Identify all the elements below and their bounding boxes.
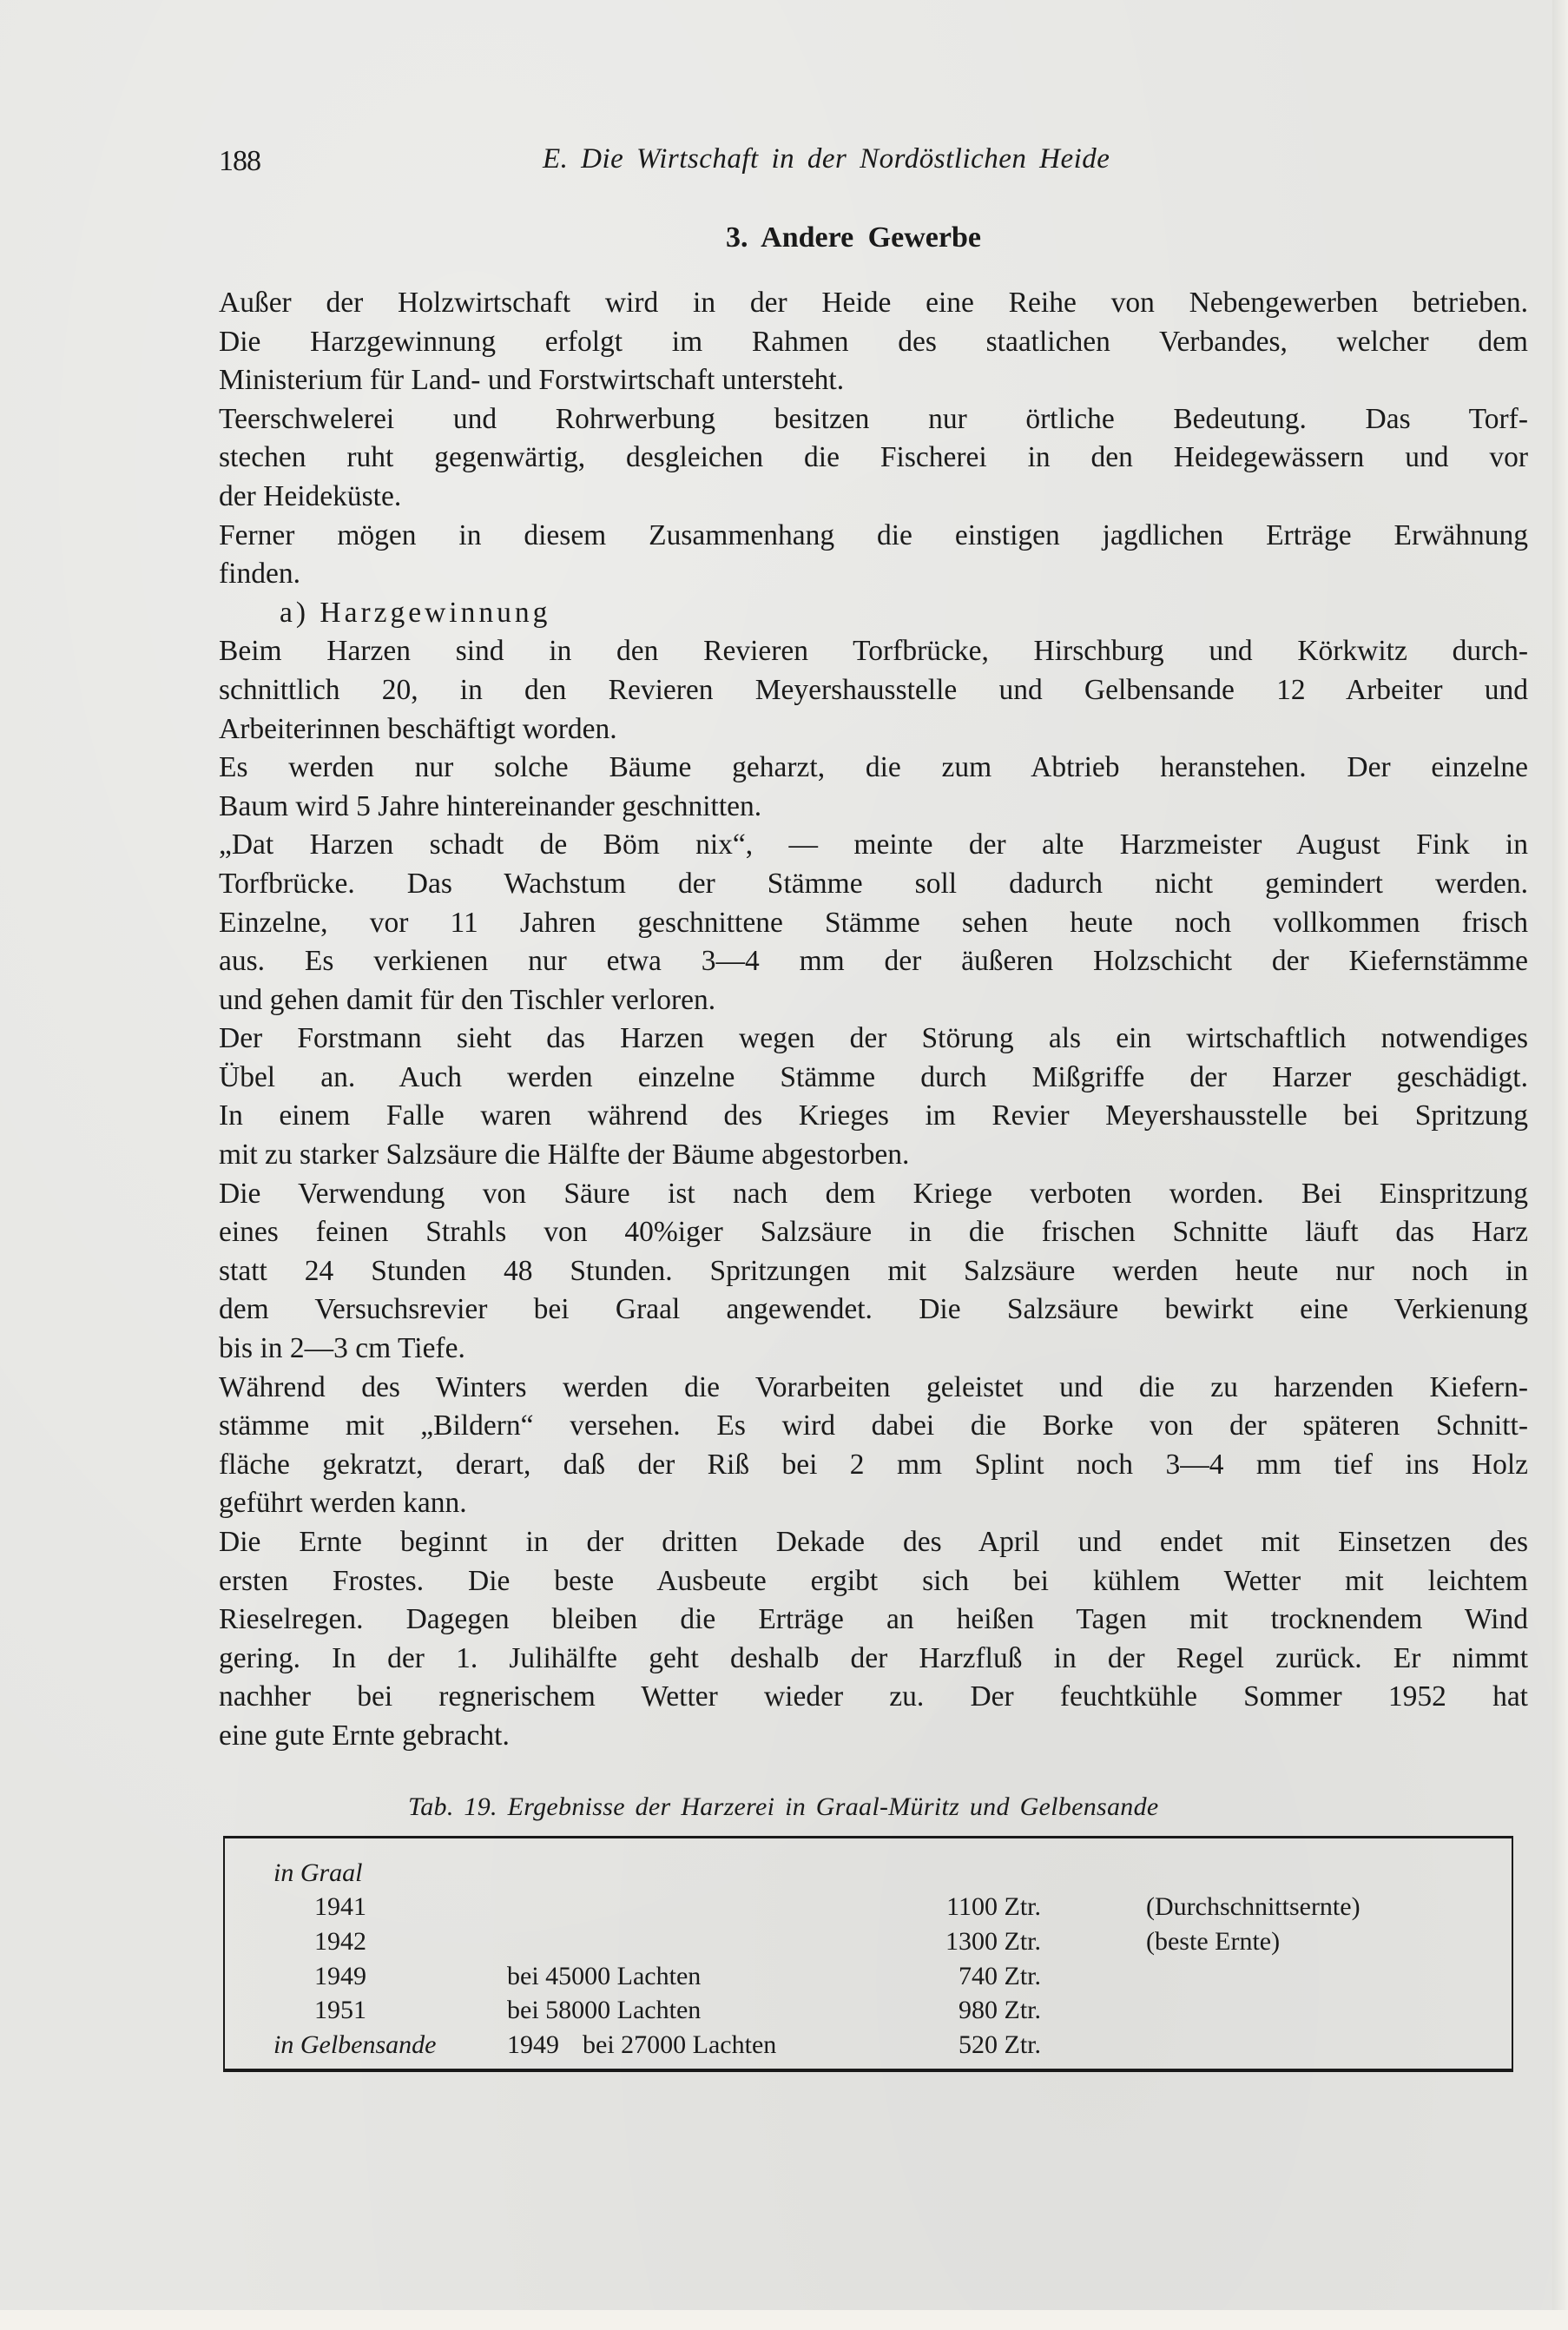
text-line: Es werden nur solche Bäume geharzt, die … [219, 749, 1528, 788]
text-line: fläche gekratzt, derart, daß der Riß bei… [219, 1446, 1528, 1485]
page-edge [0, 2310, 1568, 2330]
subsection-title: a) Harzgewinnung [219, 594, 1528, 633]
table-row: in Gelbensande 1949 bei 27000 Lachten 52… [225, 2028, 1512, 2063]
text-line: Einzelne, vor 11 Jahren geschnittene Stä… [219, 904, 1528, 943]
text-line: finden. [219, 555, 1528, 594]
text-line: der Heideküste. [219, 478, 1528, 517]
text-line: mit zu starker Salzsäure die Hälfte der … [219, 1136, 1528, 1175]
body-text: Außer der Holzwirtschaft wird in der Hei… [219, 284, 1528, 1756]
table-row: 1951 bei 58000 Lachten 980 Ztr. [225, 1993, 1512, 2028]
place-label: in Gelbensande [273, 2028, 436, 2063]
text-line: Beim Harzen sind in den Revieren Torfbrü… [219, 632, 1528, 671]
results-table: in Graal 1941 1100 Ztr. (Durchschnittser… [223, 1836, 1513, 2072]
text-line: Arbeiterinnen beschäftigt worden. [219, 710, 1528, 749]
text-line: dem Versuchsrevier bei Graal angewendet.… [219, 1290, 1528, 1330]
text-line: „Dat Harzen schadt de Böm nix“, — meinte… [219, 826, 1528, 865]
lachten-cell: bei 27000 Lachten [583, 2028, 776, 2063]
text-line: Baum wird 5 Jahre hintereinander geschni… [219, 788, 1528, 827]
note-cell: (Durchschnittsernte) [1146, 1890, 1360, 1924]
lachten-cell: bei 45000 Lachten [507, 1959, 701, 1994]
text-line: Übel an. Auch werden einzelne Stämme dur… [219, 1059, 1528, 1098]
text-line: Teerschwelerei und Rohrwerbung besitzen … [219, 400, 1528, 439]
year-cell: 1949 [507, 2028, 559, 2063]
year-cell: 1941 [314, 1890, 366, 1924]
table-row: 1949 bei 45000 Lachten 740 Ztr. [225, 1959, 1512, 1994]
page-edge [1552, 0, 1568, 2330]
text-line: geführt werden kann. [219, 1484, 1528, 1523]
running-header: E. Die Wirtschaft in der Nordöstlichen H… [543, 142, 1110, 176]
section-title: 3. Andere Gewerbe [0, 221, 1568, 255]
text-line: gering. In der 1. Julihälfte geht deshal… [219, 1640, 1528, 1679]
text-line: schnittlich 20, in den Revieren Meyersha… [219, 671, 1528, 710]
text-line: Die Ernte beginnt in der dritten Dekade … [219, 1523, 1528, 1562]
text-line: nachher bei regnerischem Wetter wieder z… [219, 1678, 1528, 1717]
year-cell: 1942 [314, 1924, 366, 1959]
text-line: Torfbrücke. Das Wachstum der Stämme soll… [219, 865, 1528, 904]
text-line: stechen ruht gegenwärtig, desgleichen di… [219, 439, 1528, 478]
lachten-cell: bei 58000 Lachten [507, 1993, 701, 2028]
page-number: 188 [219, 144, 260, 179]
text-line: bis in 2—3 cm Tiefe. [219, 1330, 1528, 1369]
year-cell: 1951 [314, 1993, 366, 2028]
amount-cell: 520 Ztr. [867, 2028, 1041, 2063]
table-caption: Tab. 19. Ergebnisse der Harzerei in Graa… [408, 1790, 1159, 1825]
table-group-header: in Graal [225, 1856, 1512, 1891]
place-label: in Graal [273, 1856, 363, 1891]
note-cell: (beste Ernte) [1146, 1924, 1280, 1959]
text-line: Ministerium für Land- und Forstwirtschaf… [219, 361, 1528, 400]
text-line: und gehen damit für den Tischler verlore… [219, 981, 1528, 1020]
amount-cell: 740 Ztr. [867, 1959, 1041, 1994]
text-line: eines feinen Strahls von 40%iger Salzsäu… [219, 1213, 1528, 1252]
text-line: Während des Winters werden die Vorarbeit… [219, 1369, 1528, 1408]
text-line: Rieselregen. Dagegen bleiben die Erträge… [219, 1601, 1528, 1640]
text-line: Die Verwendung von Säure ist nach dem Kr… [219, 1175, 1528, 1214]
amount-cell: 980 Ztr. [867, 1993, 1041, 2028]
text-line: Der Forstmann sieht das Harzen wegen der… [219, 1020, 1528, 1059]
text-line: ersten Frostes. Die beste Ausbeute ergib… [219, 1562, 1528, 1601]
text-line: stämme mit „Bildern“ versehen. Es wird d… [219, 1407, 1528, 1446]
text-line: In einem Falle waren während des Krieges… [219, 1097, 1528, 1136]
text-line: statt 24 Stunden 48 Stunden. Spritzungen… [219, 1252, 1528, 1291]
text-line: Die Harzgewinnung erfolgt im Rahmen des … [219, 323, 1528, 362]
amount-cell: 1300 Ztr. [867, 1924, 1041, 1959]
table-row: 1942 1300 Ztr. (beste Ernte) [225, 1924, 1512, 1959]
text-line: eine gute Ernte gebracht. [219, 1717, 1528, 1756]
table-row: 1941 1100 Ztr. (Durchschnittsernte) [225, 1890, 1512, 1924]
text-line: Ferner mögen in diesem Zusammenhang die … [219, 517, 1528, 556]
text-line: aus. Es verkienen nur etwa 3—4 mm der äu… [219, 942, 1528, 981]
amount-cell: 1100 Ztr. [867, 1890, 1041, 1924]
text-line: Außer der Holzwirtschaft wird in der Hei… [219, 284, 1528, 323]
year-cell: 1949 [314, 1959, 366, 1994]
